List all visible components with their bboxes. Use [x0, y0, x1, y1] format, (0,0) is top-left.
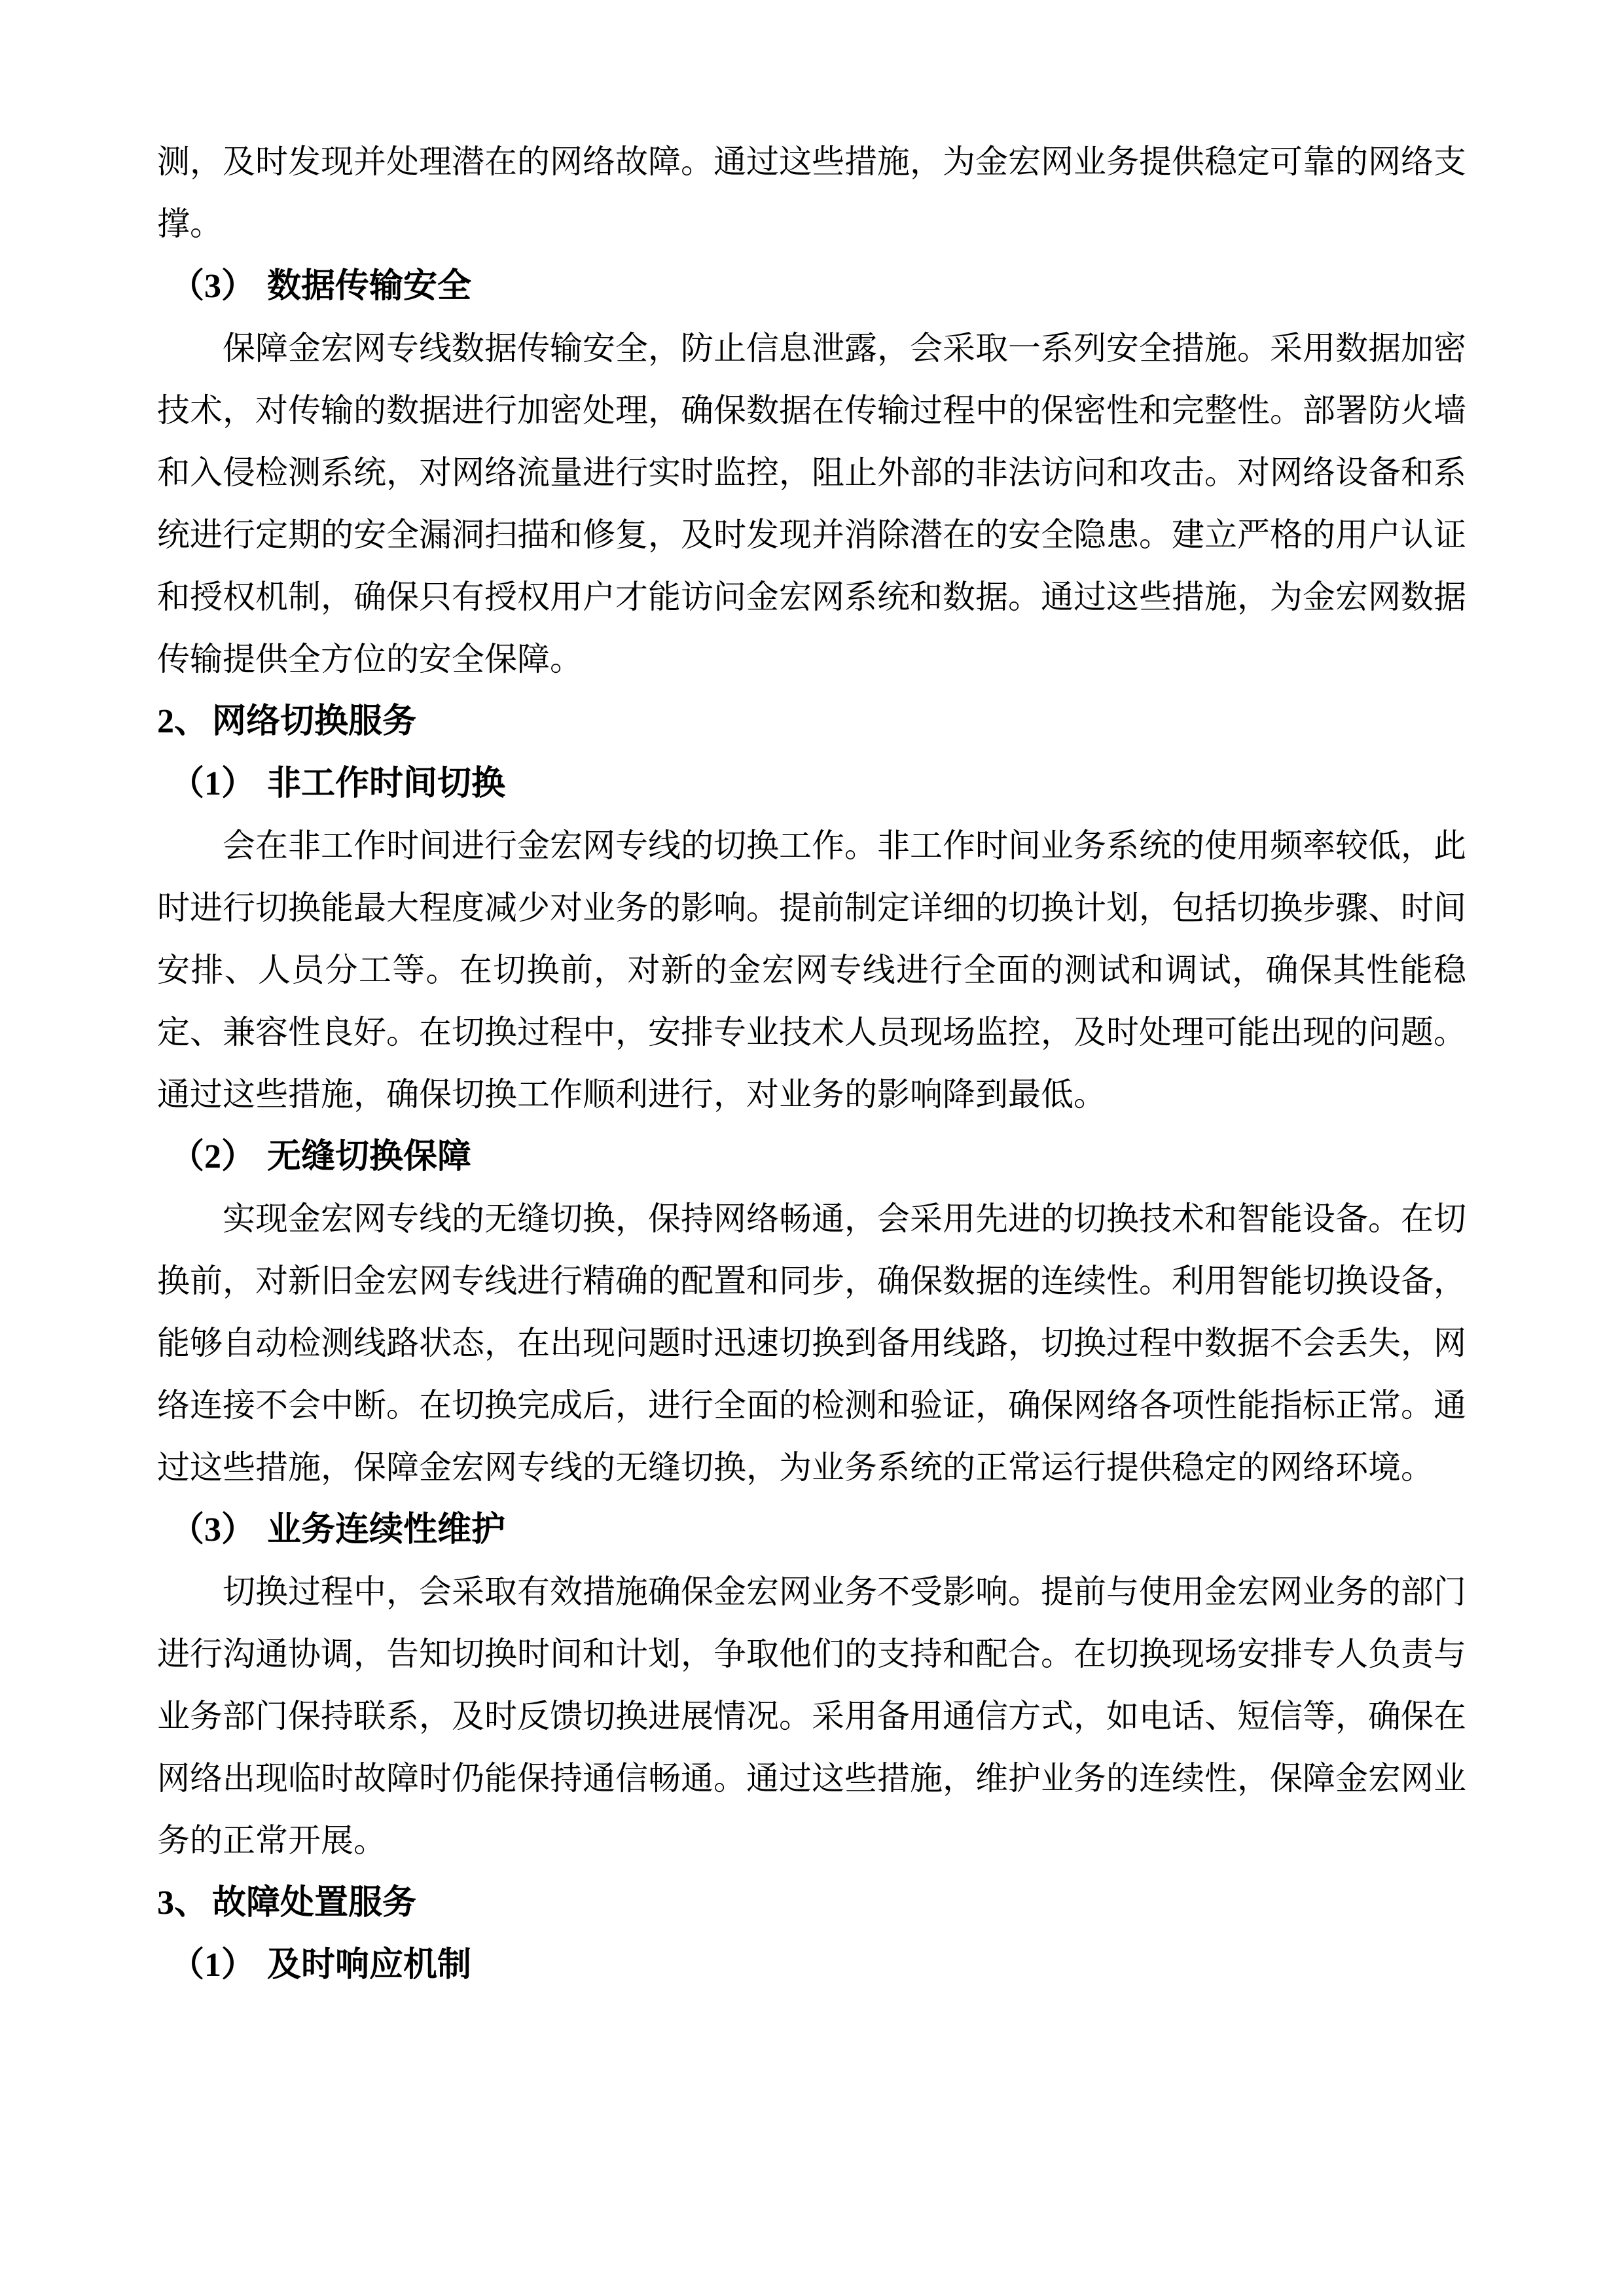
- subsection-heading-data-transmission-security: （3）数据传输安全: [157, 255, 1466, 317]
- heading-title: 及时响应机制: [267, 1946, 471, 1984]
- heading-title: 故障处置服务: [212, 1884, 416, 1922]
- heading-number: （3）: [170, 268, 255, 305]
- heading-number: （2）: [170, 1138, 255, 1175]
- subsection-heading-seamless-switch-guarantee: （2）无缝切换保障: [157, 1126, 1466, 1188]
- subsection-heading-off-hours-switch: （1）非工作时间切换: [157, 753, 1466, 815]
- heading-number: （1）: [170, 765, 255, 802]
- section-heading-network-switch-service: 2、网络切换服务: [157, 691, 1466, 753]
- heading-title: 数据传输安全: [267, 268, 471, 305]
- body-paragraph: 会在非工作时间进行金宏网专线的切换工作。非工作时间业务系统的使用频率较低，此时进…: [157, 815, 1466, 1126]
- heading-number: 3、: [157, 1884, 208, 1922]
- document-page: 测，及时发现并处理潜在的网络故障。通过这些措施，为金宏网业务提供稳定可靠的网络支…: [0, 0, 1624, 2296]
- heading-number: （3）: [170, 1511, 255, 1549]
- body-paragraph: 切换过程中，会采取有效措施确保金宏网业务不受影响。提前与使用金宏网业务的部门进行…: [157, 1561, 1466, 1872]
- heading-number: （1）: [170, 1946, 255, 1984]
- subsection-heading-business-continuity-maintenance: （3）业务连续性维护: [157, 1499, 1466, 1561]
- body-paragraph: 实现金宏网专线的无缝切换，保持网络畅通，会采用先进的切换技术和智能设备。在切换前…: [157, 1188, 1466, 1499]
- heading-number: 2、: [157, 703, 208, 740]
- heading-title: 网络切换服务: [212, 703, 416, 740]
- heading-title: 无缝切换保障: [267, 1138, 471, 1175]
- document-body: 测，及时发现并处理潜在的网络故障。通过这些措施，为金宏网业务提供稳定可靠的网络支…: [157, 131, 1466, 1996]
- section-heading-fault-handling-service: 3、故障处置服务: [157, 1872, 1466, 1934]
- subsection-heading-timely-response-mechanism: （1）及时响应机制: [157, 1934, 1466, 1996]
- paragraph-continued-from-previous-page: 测，及时发现并处理潜在的网络故障。通过这些措施，为金宏网业务提供稳定可靠的网络支…: [157, 131, 1466, 255]
- heading-title: 业务连续性维护: [267, 1511, 505, 1549]
- heading-title: 非工作时间切换: [267, 765, 505, 802]
- body-paragraph: 保障金宏网专线数据传输安全，防止信息泄露，会采取一系列安全措施。采用数据加密技术…: [157, 317, 1466, 691]
